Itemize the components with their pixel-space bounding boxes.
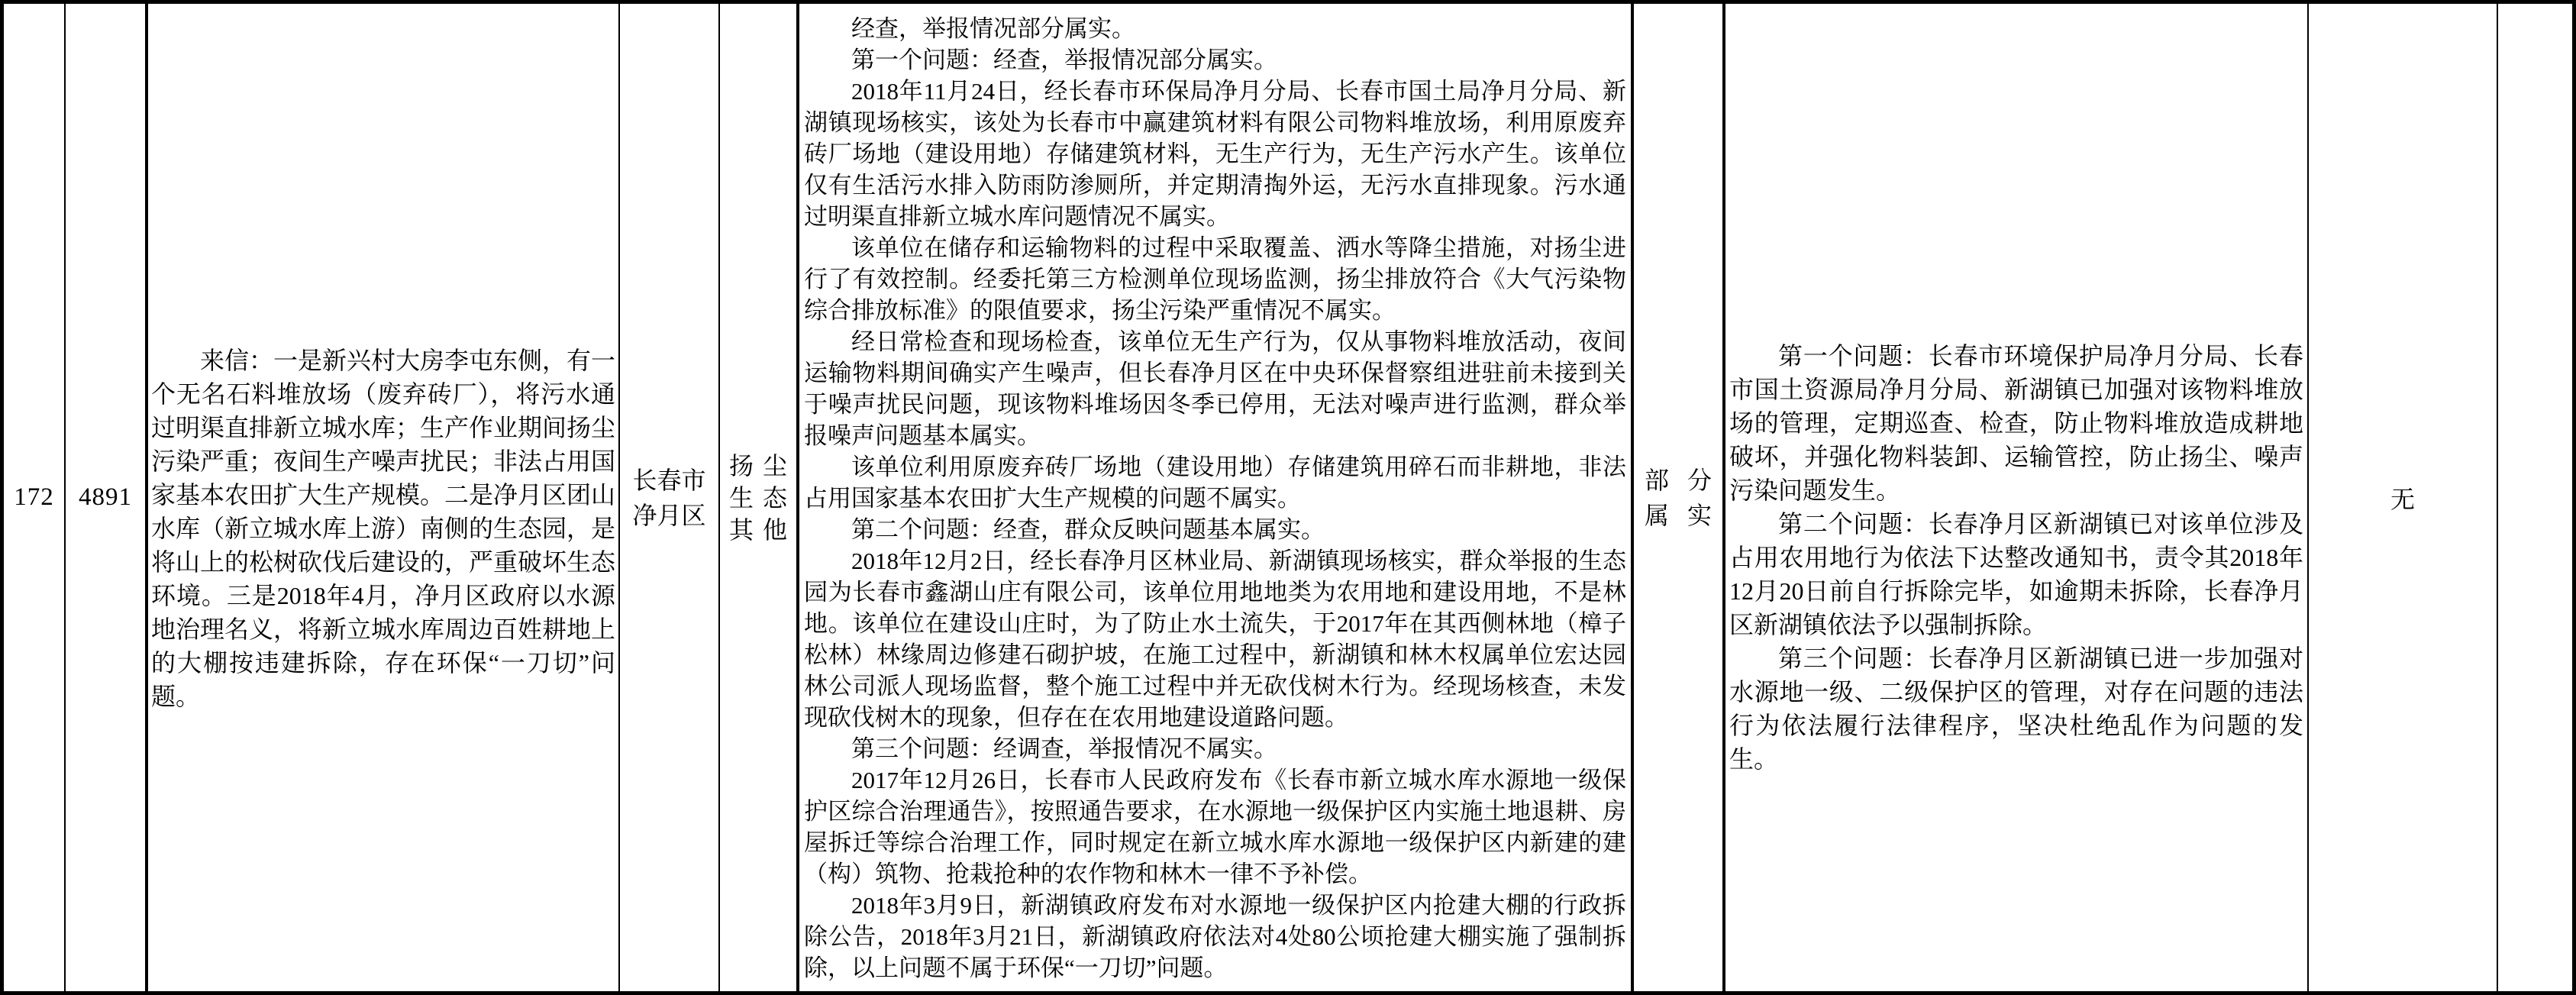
- investigation-paragraph: 2018年11月24日，经长春市环保局净月分局、长春市国土局净月分局、新湖镇现场…: [804, 76, 1626, 232]
- cell-verdict: 部 分 属 实: [1634, 4, 1725, 991]
- investigation-paragraph: 该单位在储存和运输物料的过程中采取覆盖、洒水等降尘措施，对扬尘进行了有效控制。经…: [804, 232, 1626, 326]
- cell-sequence-number: 172: [4, 4, 66, 991]
- cell-investigation-result: 经查，举报情况部分属实。 第一个问题：经查，举报情况部分属实。 2018年11月…: [799, 4, 1634, 991]
- verdict-line: 属 实: [1634, 498, 1722, 533]
- complaint-text: 来信：一是新兴村大房李屯东侧，有一个无名石料堆放场（废弃砖厂），将污水通过明渠直…: [148, 344, 618, 713]
- pollution-type-char: 其: [729, 514, 754, 546]
- sequence-number: 172: [4, 483, 64, 512]
- cell-complaint-summary: 来信：一是新兴村大房李屯东侧，有一个无名石料堆放场（废弃砖厂），将污水通过明渠直…: [148, 4, 620, 991]
- verdict-char: 分: [1687, 463, 1712, 498]
- pollution-type-char: 生: [729, 482, 754, 514]
- complaint-table-row: 172 4891 来信：一是新兴村大房李屯东侧，有一个无名石料堆放场（废弃砖厂）…: [0, 0, 2576, 995]
- verdict-char: 属: [1645, 498, 1669, 533]
- investigation-paragraph: 第三个问题：经调查，举报情况不属实。: [804, 733, 1626, 764]
- verdict-char: 部: [1645, 463, 1669, 498]
- pollution-type-ecology: 生 态: [720, 482, 796, 514]
- investigation-paragraph: 经日常检查和现场检查，该单位无生产行为，仅从事物料堆放活动，夜间运输物料期间确实…: [804, 326, 1626, 451]
- investigation-paragraph: 2018年3月9日，新湖镇政府发布对水源地一级保护区内抢建大棚的行政拆除公告，2…: [804, 890, 1626, 984]
- verdict-char: 实: [1687, 498, 1712, 533]
- cell-handling-rectification: 第一个问题：长春市环境保护局净月分局、长春市国土资源局净月分局、新湖镇已加强对该…: [1725, 4, 2309, 991]
- pollution-type-dust: 扬 尘: [720, 450, 796, 482]
- investigation-paragraph: 2018年12月2日，经长春净月区林业局、新湖镇现场核实，群众举报的生态园为长春…: [804, 545, 1626, 733]
- investigation-paragraph: 经查，举报情况部分属实。: [804, 13, 1626, 44]
- handling-text: 第一个问题：长春市环境保护局净月分局、长春市国土资源局净月分局、新湖镇已加强对该…: [1725, 339, 2307, 776]
- investigation-text: 经查，举报情况部分属实。 第一个问题：经查，举报情况部分属实。 2018年11月…: [799, 4, 1631, 984]
- case-number: 4891: [66, 483, 145, 512]
- pollution-type-char: 他: [763, 514, 787, 546]
- accountability-value: 无: [2309, 480, 2497, 515]
- pollution-type-char: 态: [763, 482, 787, 514]
- handling-paragraph: 第二个问题：长春净月区新湖镇已对该单位涉及占用农用地行为依法下达整改通知书，责令…: [1729, 507, 2303, 641]
- handling-paragraph: 第三个问题：长春净月区新湖镇已进一步加强对水源地一级、二级保护区的管理，对存在问…: [1729, 641, 2303, 776]
- handling-paragraph: 第一个问题：长春市环境保护局净月分局、长春市国土资源局净月分局、新湖镇已加强对该…: [1729, 339, 2303, 507]
- pollution-type-other: 其 他: [720, 514, 796, 546]
- cell-region: 长春市 净月区: [620, 4, 720, 991]
- investigation-paragraph: 第一个问题：经查，举报情况部分属实。: [804, 44, 1626, 76]
- investigation-paragraph: 该单位利用原废弃砖厂场地（建设用地）存储建筑用碎石而非耕地，非法占用国家基本农田…: [804, 451, 1626, 514]
- verdict-line: 部 分: [1634, 463, 1722, 498]
- complaint-paragraph: 来信：一是新兴村大房李屯东侧，有一个无名石料堆放场（废弃砖厂），将污水通过明渠直…: [151, 344, 615, 713]
- scanned-complaint-table-page: 172 4891 来信：一是新兴村大房李屯东侧，有一个无名石料堆放场（废弃砖厂）…: [0, 0, 2576, 995]
- cell-accountability: 无: [2309, 4, 2498, 991]
- region-district: 净月区: [620, 498, 718, 533]
- cell-case-number: 4891: [66, 4, 148, 991]
- region-city: 长春市: [620, 463, 718, 498]
- pollution-type-char: 扬: [729, 450, 754, 482]
- pollution-type-char: 尘: [763, 450, 787, 482]
- cell-pollution-types: 扬 尘 生 态 其 他: [720, 4, 799, 991]
- investigation-paragraph: 2017年12月26日，长春市人民政府发布《长春市新立城水库水源地一级保护区综合…: [804, 764, 1626, 890]
- cell-remark-empty: [2498, 4, 2572, 991]
- investigation-paragraph: 第二个问题：经查，群众反映问题基本属实。: [804, 514, 1626, 545]
